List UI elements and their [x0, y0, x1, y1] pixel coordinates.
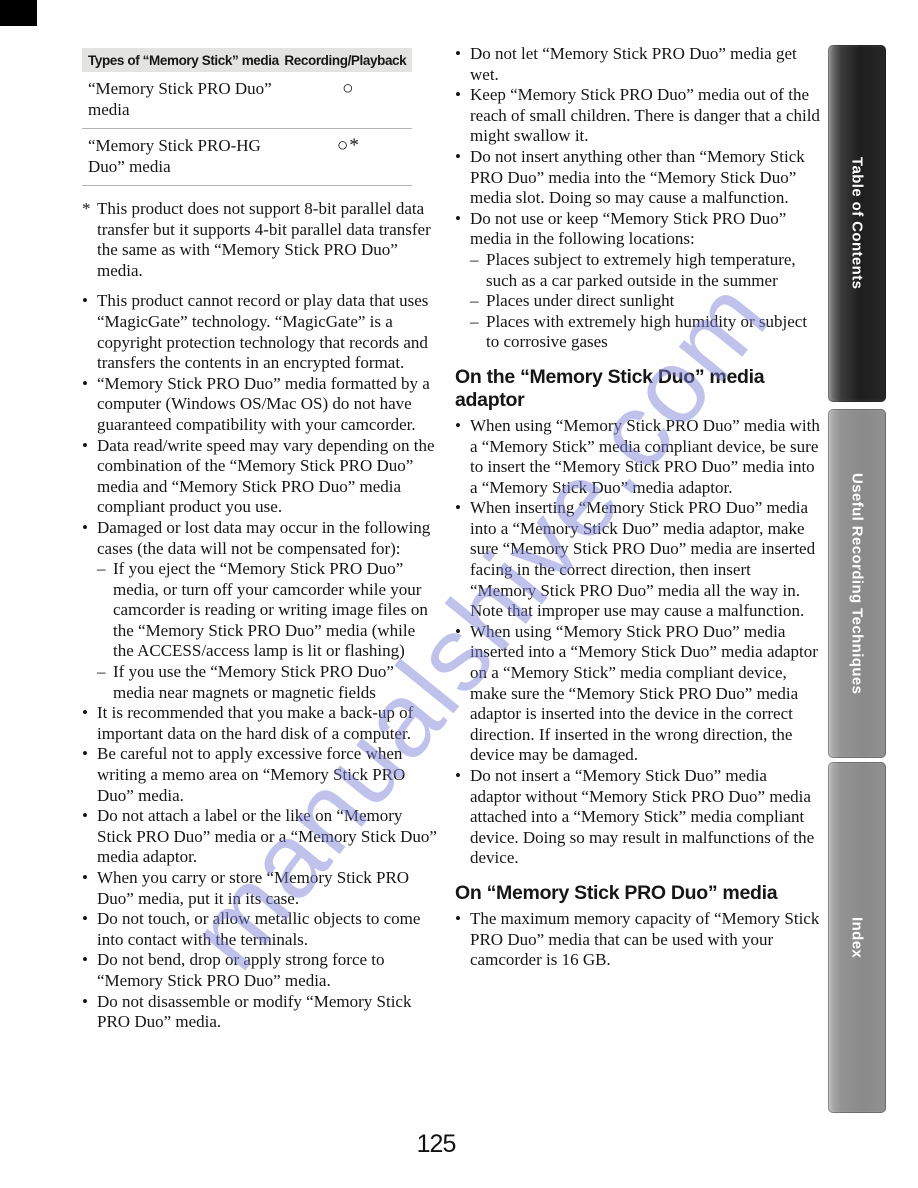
- right-column: •Do not let “Memory Stick PRO Duo” media…: [455, 44, 821, 971]
- item-marker: –: [470, 291, 479, 312]
- item-marker: –: [97, 559, 106, 580]
- list-item: •It is recommended that you make a back-…: [82, 703, 438, 744]
- item-text: It is recommended that you make a back-u…: [97, 703, 413, 743]
- item-text: Do not let “Memory Stick PRO Duo” media …: [470, 44, 797, 84]
- list-item: –If you eject the “Memory Stick PRO Duo”…: [97, 559, 438, 662]
- item-marker: •: [82, 744, 88, 765]
- item-text: Do not touch, or allow metallic objects …: [97, 909, 420, 949]
- item-marker: •: [455, 766, 461, 787]
- list-item: –Places subject to extremely high temper…: [470, 250, 821, 291]
- item-marker: *: [82, 199, 91, 220]
- support-mark-cell: ○: [281, 72, 412, 129]
- item-text: Data read/write speed may vary depending…: [97, 436, 435, 517]
- item-text: Do not insert a “Memory Stick Duo” media…: [470, 766, 814, 867]
- item-text: Places subject to extremely high tempera…: [486, 250, 796, 290]
- item-text: Damaged or lost data may occur in the fo…: [97, 518, 430, 558]
- list-item: •Do not attach a label or the like on “M…: [82, 806, 438, 868]
- list-item: •The maximum memory capacity of “Memory …: [455, 909, 821, 971]
- table-row: “Memory Stick PRO-HG Duo” media ○*: [82, 129, 412, 186]
- item-text: Do not attach a label or the like on “Me…: [97, 806, 437, 866]
- item-marker: •: [82, 374, 88, 395]
- item-text: On “Memory Stick PRO Duo” media: [455, 882, 777, 904]
- scan-corner-artifact: [0, 0, 37, 26]
- item-marker: •: [82, 291, 88, 312]
- list-item: •When using “Memory Stick PRO Duo” media…: [455, 416, 821, 498]
- list-item: •Do not use or keep “Memory Stick PRO Du…: [455, 209, 821, 250]
- tab-label: Useful Recording Techniques: [849, 473, 866, 694]
- list-item: •Be careful not to apply excessive force…: [82, 744, 438, 806]
- item-marker: •: [455, 209, 461, 230]
- list-item: •Do not let “Memory Stick PRO Duo” media…: [455, 44, 821, 85]
- list-item: –Places under direct sunlight: [470, 291, 821, 312]
- list-item: •Do not insert a “Memory Stick Duo” medi…: [455, 766, 821, 869]
- item-text: Be careful not to apply excessive force …: [97, 744, 405, 804]
- list-item: •When using “Memory Stick PRO Duo” media…: [455, 622, 821, 766]
- list-item: On the “Memory Stick Duo” media adaptor: [455, 366, 821, 412]
- item-text: This product cannot record or play data …: [97, 291, 428, 372]
- item-marker: •: [82, 518, 88, 539]
- item-marker: •: [455, 622, 461, 643]
- item-marker: •: [82, 868, 88, 889]
- list-item: •Data read/write speed may vary dependin…: [82, 436, 438, 518]
- item-marker: •: [455, 44, 461, 65]
- item-text: If you use the “Memory Stick PRO Duo” me…: [113, 662, 394, 702]
- item-marker: •: [455, 147, 461, 168]
- table-header-row: Types of “Memory Stick” media Recording/…: [82, 48, 412, 72]
- list-item: •This product cannot record or play data…: [82, 291, 438, 373]
- item-marker: •: [455, 498, 461, 519]
- item-text: Do not insert anything other than “Memor…: [470, 147, 805, 207]
- item-marker: –: [97, 662, 106, 683]
- list-item: –If you use the “Memory Stick PRO Duo” m…: [97, 662, 438, 703]
- right-column-items: •Do not let “Memory Stick PRO Duo” media…: [455, 44, 821, 971]
- item-text: When you carry or store “Memory Stick PR…: [97, 868, 409, 908]
- item-marker: •: [82, 909, 88, 930]
- item-marker: –: [470, 312, 479, 333]
- item-marker: •: [455, 909, 461, 930]
- item-marker: •: [82, 806, 88, 827]
- left-column-items: *This product does not support 8-bit par…: [82, 199, 438, 1033]
- item-text: When using “Memory Stick PRO Duo” media …: [470, 622, 818, 765]
- table-row: “Memory Stick PRO Duo” media ○: [82, 72, 412, 129]
- item-text: Do not bend, drop or apply strong force …: [97, 950, 385, 990]
- manual-page: manualshive.com Types of “Memory Stick” …: [0, 0, 918, 1188]
- support-mark-cell: ○*: [281, 129, 412, 186]
- table-header-recording-playback: Recording/Playback: [281, 48, 412, 72]
- list-item: •“Memory Stick PRO Duo” media formatted …: [82, 374, 438, 436]
- item-text: If you eject the “Memory Stick PRO Duo” …: [113, 559, 428, 660]
- tab-index[interactable]: Index: [828, 762, 886, 1113]
- page-number: 125: [405, 1130, 467, 1159]
- item-text: When inserting “Memory Stick PRO Duo” me…: [470, 498, 815, 620]
- table-header-types: Types of “Memory Stick” media: [82, 48, 281, 72]
- media-type-cell: “Memory Stick PRO Duo” media: [82, 72, 281, 129]
- item-text: Keep “Memory Stick PRO Duo” media out of…: [470, 85, 820, 145]
- list-item: •When inserting “Memory Stick PRO Duo” m…: [455, 498, 821, 622]
- item-marker: •: [82, 950, 88, 971]
- item-text: Do not disassemble or modify “Memory Sti…: [97, 992, 411, 1032]
- item-marker: •: [82, 436, 88, 457]
- list-item: On “Memory Stick PRO Duo” media: [455, 882, 821, 905]
- item-text: “Memory Stick PRO Duo” media formatted b…: [97, 374, 430, 434]
- left-column: Types of “Memory Stick” media Recording/…: [82, 48, 438, 1033]
- list-item: •When you carry or store “Memory Stick P…: [82, 868, 438, 909]
- tab-label: Table of Contents: [849, 157, 866, 289]
- tab-label: Index: [849, 917, 866, 958]
- item-text: Places with extremely high humidity or s…: [486, 312, 807, 352]
- tab-useful-recording-techniques[interactable]: Useful Recording Techniques: [828, 409, 886, 758]
- item-marker: •: [455, 85, 461, 106]
- list-item: *This product does not support 8-bit par…: [82, 199, 438, 281]
- item-text: Places under direct sunlight: [486, 291, 674, 310]
- item-text: Do not use or keep “Memory Stick PRO Duo…: [470, 209, 786, 249]
- list-item: •Do not touch, or allow metallic objects…: [82, 909, 438, 950]
- media-type-cell: “Memory Stick PRO-HG Duo” media: [82, 129, 281, 186]
- item-text: The maximum memory capacity of “Memory S…: [470, 909, 819, 969]
- item-text: This product does not support 8-bit para…: [97, 199, 431, 280]
- list-item: •Do not bend, drop or apply strong force…: [82, 950, 438, 991]
- item-text: On the “Memory Stick Duo” media adaptor: [455, 366, 764, 411]
- item-marker: •: [455, 416, 461, 437]
- list-item: •Damaged or lost data may occur in the f…: [82, 518, 438, 559]
- list-item: –Places with extremely high humidity or …: [470, 312, 821, 353]
- item-text: When using “Memory Stick PRO Duo” media …: [470, 416, 820, 497]
- list-item: •Keep “Memory Stick PRO Duo” media out o…: [455, 85, 821, 147]
- item-marker: •: [82, 992, 88, 1013]
- item-marker: –: [470, 250, 479, 271]
- tab-table-of-contents[interactable]: Table of Contents: [828, 45, 886, 402]
- list-item: •Do not disassemble or modify “Memory St…: [82, 992, 438, 1033]
- item-marker: •: [82, 703, 88, 724]
- media-types-table: Types of “Memory Stick” media Recording/…: [82, 48, 412, 186]
- list-item: •Do not insert anything other than “Memo…: [455, 147, 821, 209]
